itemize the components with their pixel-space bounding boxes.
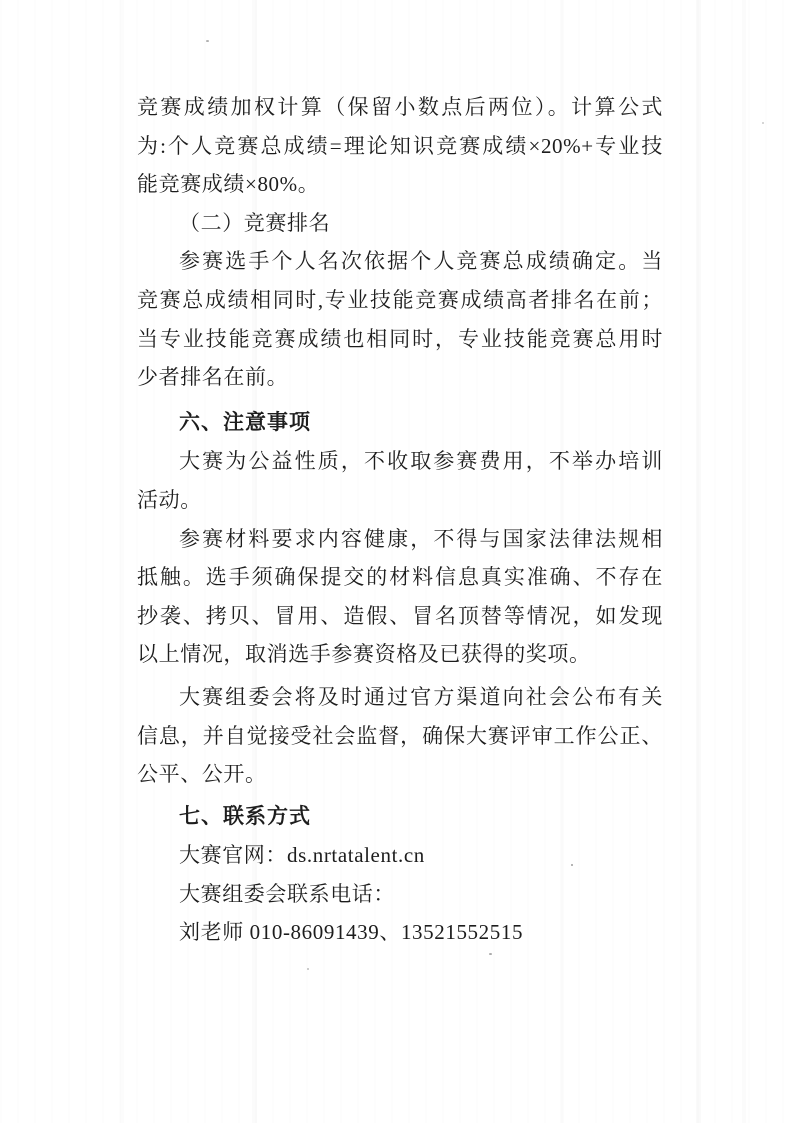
section-heading-notes: 六、注意事项 [137, 404, 663, 443]
doc-line: 抵触。选手须确保提交的材料信息真实准确、不存在 [137, 558, 663, 597]
doc-line: 为:个人竞赛总成绩=理论知识竞赛成绩×20%+专业技 [137, 127, 663, 166]
document-body: 竞赛成绩加权计算（保留小数点后两位）。计算公式 为:个人竞赛总成绩=理论知识竞赛… [137, 88, 663, 952]
doc-line: 竞赛总成绩相同时,专业技能竞赛成绩高者排名在前； [137, 281, 663, 320]
scan-speck [571, 864, 573, 866]
scan-speck [206, 40, 209, 42]
website-line: 大赛官网：ds.nrtatalent.cn [137, 836, 663, 875]
doc-line: 以上情况，取消选手参赛资格及已获得的奖项。 [137, 635, 663, 674]
doc-line: 信息，并自觉接受社会监督，确保大赛评审工作公正、 [137, 717, 663, 756]
doc-line: 参赛材料要求内容健康，不得与国家法律法规相 [137, 520, 663, 559]
subsection-heading-ranking: （二）竞赛排名 [137, 204, 663, 243]
scan-speck [489, 953, 492, 955]
scan-speck [307, 968, 309, 970]
doc-line: 能竞赛成绩×80%。 [137, 165, 663, 204]
scanned-document-page: 竞赛成绩加权计算（保留小数点后两位）。计算公式 为:个人竞赛总成绩=理论知识竞赛… [0, 0, 793, 1123]
doc-line: 抄袭、拷贝、冒用、造假、冒名顶替等情况，如发现 [137, 597, 663, 636]
doc-line: 参赛选手个人名次依据个人竞赛总成绩确定。当 [137, 242, 663, 281]
phone-numbers-line: 刘老师 010-86091439、13521552515 [137, 913, 663, 952]
doc-line: 竞赛成绩加权计算（保留小数点后两位）。计算公式 [137, 88, 663, 127]
section-heading-contact: 七、联系方式 [137, 798, 663, 837]
phone-label-line: 大赛组委会联系电话： [137, 875, 663, 914]
doc-line: 当专业技能竞赛成绩也相同时，专业技能竞赛总用时 [137, 320, 663, 359]
scan-speck [762, 122, 764, 124]
doc-line: 活动。 [137, 481, 663, 520]
doc-line: 大赛组委会将及时通过官方渠道向社会公布有关 [137, 678, 663, 717]
doc-line: 公平、公开。 [137, 755, 663, 794]
doc-line: 大赛为公益性质，不收取参赛费用，不举办培训 [137, 442, 663, 481]
doc-line: 少者排名在前。 [137, 358, 663, 397]
